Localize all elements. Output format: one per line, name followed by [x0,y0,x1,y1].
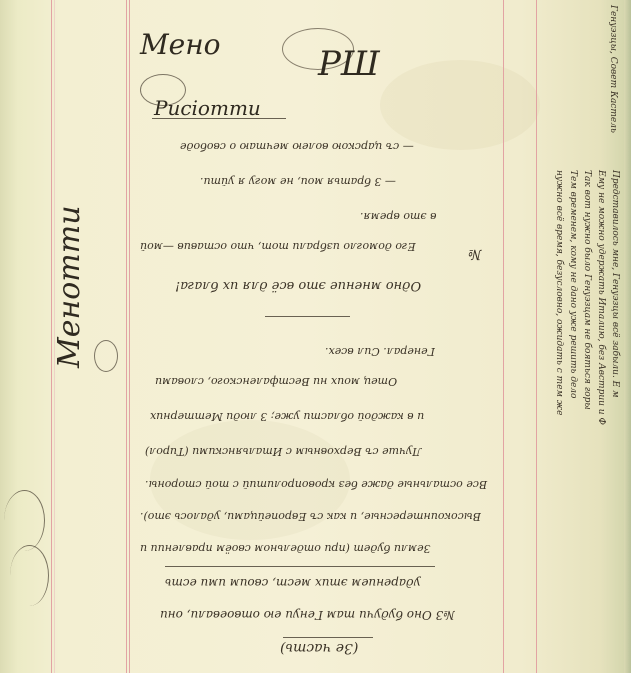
margin-line-right-2 [536,0,537,673]
separator-line [265,316,350,317]
paper-stain [380,60,540,150]
margin-line-main-2 [129,0,130,673]
body-line: №3 Оно будучи там Генуи ею отвоевали, он… [160,608,455,622]
note-line: нужно всё время, безусловно, ожидать с т… [554,170,564,415]
section-underline [283,637,373,638]
body-line: и в каждой области уже; З люди Меттерних [150,410,424,423]
header-word: Мено [140,28,221,61]
flourish-icon [10,545,49,606]
body-line: Все остальные даже без кровопролитий с т… [145,478,487,491]
body-line: в это время. [360,210,436,223]
body-line: Лучше съ Верховным с Итальянскими (Тирол… [145,445,421,458]
flourish-icon [4,490,45,551]
manuscript-page: Мено РШ Рисіотти Менотти — съ царскою во… [0,0,631,673]
note-line: Так вот нужно было Генуэзцам не бояться … [582,170,592,410]
body-line: Отец моих ни Вестфаленского, словами [155,375,397,388]
subtitle-underline [152,118,286,119]
right-note-column: Генуэзцы, Совет Кастель Представилось мн… [540,0,624,673]
note-line: Ему не можно удержать Италию, без Австри… [596,170,606,425]
note-line: Представилось мнe, Генуэзцы всё забыли. … [610,170,620,398]
subtitle: Рисіотти [154,96,261,120]
body-line: Генерал. Сил всех. [325,345,435,358]
body-line: Его домогло избрали тот, что оставив —мо… [140,240,416,253]
body-line: — З братья мои, не могу я уйти. [200,175,396,188]
margin-mark: № [468,246,481,262]
paper-edge [624,0,631,673]
note-line: Тем временем, кому не дано уже решить де… [568,170,578,398]
page-numeral: РШ [318,44,380,84]
body-line: ударением этих мест, своим ими есть [165,576,421,590]
section-marker: (3е часть) [280,640,358,656]
body-line: — съ царскою волею мечтаю о свободе [180,140,414,153]
margin-line-right-1 [503,0,504,673]
body-line: Высокоинтересные, и как съ Европейцами, … [140,510,481,523]
separator-line [165,566,435,567]
margin-label: Менотти [52,205,87,368]
body-line: Одно мнение это всё для их блага! [175,278,421,293]
flourish-icon [94,340,118,372]
right-margin-top: Генуэзцы, Совет Кастель [608,5,618,133]
body-line: Земли будет (при отдельном своём правлен… [140,542,431,555]
margin-line-main-1 [126,0,127,673]
